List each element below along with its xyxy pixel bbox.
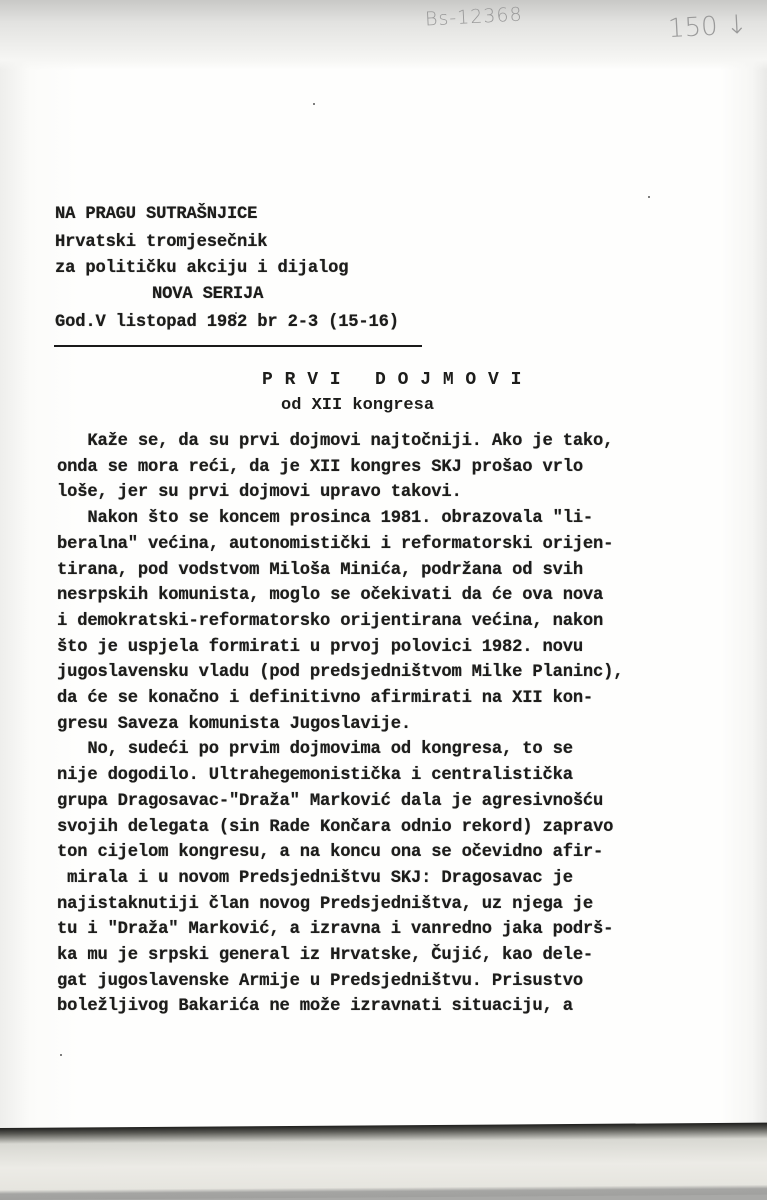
body-line: beralna" većina, autonomistički i reform… <box>57 535 613 554</box>
body-line: najistaknutiji član novog Predsjedništva… <box>57 895 593 914</box>
masthead-line: za političku akciju i dijalog <box>55 259 348 278</box>
masthead-line: NOVA SERIJA <box>152 285 263 304</box>
body-line: Kaže se, da su prvi dojmovi najtočniji. … <box>57 432 613 451</box>
body-line: grupa Dragosavac-"Draža" Marković dala j… <box>57 792 603 811</box>
body-line: gat jugoslavenske Armije u Predsjedništv… <box>57 972 583 991</box>
body-line: onda se mora reći, da je XII kongres SKJ… <box>57 458 583 477</box>
page-bottom-edge <box>0 1123 767 1200</box>
article-subtitle: od XII kongresa <box>281 396 434 415</box>
body-line: tu i "Draža" Marković, a izravna i vanre… <box>57 920 613 939</box>
article-title: P R V I D O J M O V I <box>262 370 522 390</box>
folio-number: 150 ↓ <box>667 10 748 44</box>
body-line: i demokratski-reformatorsko orijentirana… <box>57 612 603 631</box>
body-line: jugoslavensku vladu (pod predsjedništvom… <box>57 663 623 682</box>
scan-speck <box>235 312 237 314</box>
body-line: nesrpskih komunista, moglo se očekivati … <box>57 586 603 605</box>
masthead-rule <box>54 345 422 347</box>
scan-speck <box>313 103 315 105</box>
body-line: loše, jer su prvi dojmovi upravo takovi. <box>57 483 462 502</box>
body-line: No, sudeći po prvim dojmovima od kongres… <box>57 740 573 759</box>
scan-speck <box>60 1054 62 1056</box>
masthead-line: NA PRAGU SUTRAŠNJICE <box>55 205 257 224</box>
body-line: tirana, pod vodstvom Miloša Minića, podr… <box>57 561 583 580</box>
document-page: Bs-12368 150 ↓ NA PRAGU SUTRAŠNJICEHrvat… <box>0 0 767 1140</box>
masthead-line: Hrvatski tromjesečnik <box>55 233 267 252</box>
scan-speck <box>648 196 650 198</box>
body-line: ton cijelom kongresu, a na koncu ona se … <box>57 843 603 862</box>
body-line: boležljivog Bakarića ne može izravnati s… <box>57 997 573 1016</box>
body-line: da će se konačno i definitivno afirmirat… <box>57 689 593 708</box>
body-line: mirala i u novom Predsjedništvu SKJ: Dra… <box>57 869 573 888</box>
body-line: Nakon što se koncem prosinca 1981. obraz… <box>57 509 593 528</box>
body-line: gresu Saveza komunista Jugoslavije. <box>57 715 411 734</box>
masthead-line: God.V listopad 1982 br 2-3 (15-16) <box>55 313 399 332</box>
scan-top-shadow <box>0 0 767 70</box>
body-line: svojih delegata (sin Rade Končara odnio … <box>57 818 613 837</box>
body-line: ka mu je srpski general iz Hrvatske, Čuj… <box>57 946 593 965</box>
body-line: što je uspjela formirati u prvoj polovic… <box>57 638 583 657</box>
body-line: nije dogodilo. Ultrahegemonistička i cen… <box>57 766 573 785</box>
